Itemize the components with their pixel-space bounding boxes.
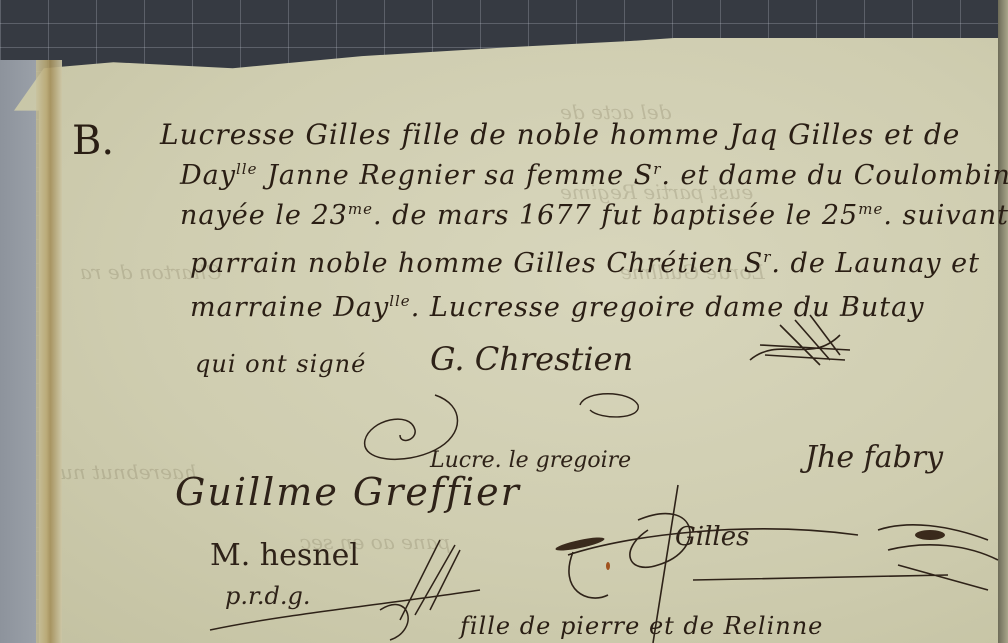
signature-flourish-icon: [740, 305, 860, 375]
line-text: . de mars 1677 fut baptisée le 25: [373, 200, 858, 231]
next-entry-fragment: fille de pierre et de Relinne: [460, 612, 823, 640]
line-text: Day: [180, 160, 236, 191]
record-line-4: parrain noble homme Gilles Chrétien Sr. …: [190, 248, 980, 279]
scanner-side-panel: [0, 60, 36, 643]
line-text: nayée le 23: [180, 200, 348, 231]
signature-chrestien: G. Chrestien: [430, 340, 633, 378]
line-text: Lucresse Gilles fille de noble homme Jaq…: [160, 118, 960, 151]
signature-gilles: Gilles: [675, 522, 749, 552]
record-line-3: nayée le 23me. de mars 1677 fut baptisée…: [180, 200, 1008, 231]
paraph-loop-icon: [570, 385, 650, 425]
line-text: . suivant: [883, 200, 1008, 231]
superscript: lle: [236, 160, 257, 178]
line-text: . de Launay et: [771, 248, 980, 279]
stain-spot: [606, 562, 610, 570]
record-line-6: qui ont signé: [195, 350, 366, 378]
page-stacked-edge: [36, 60, 62, 643]
signature-flourish-icon: [200, 520, 500, 643]
line-text: Janne Regnier sa femme S: [257, 160, 653, 191]
ink-blot: [915, 530, 945, 540]
signature-fabry: Jhe fabry: [805, 440, 943, 475]
superscript: me: [858, 200, 883, 218]
line-text: marraine Day: [190, 292, 389, 323]
signature-greffier: Guillme Greffier: [175, 470, 521, 514]
line-text: . et dame du Coulombin: [661, 160, 1008, 191]
entry-marker: B.: [72, 118, 114, 164]
record-line-2: Daylle Janne Regnier sa femme Sr. et dam…: [180, 160, 1008, 191]
superscript: me: [348, 200, 373, 218]
line-text: parrain noble homme Gilles Chrétien S: [190, 248, 763, 279]
line-text: qui ont signé: [195, 350, 366, 378]
record-line-1: Lucresse Gilles fille de noble homme Jaq…: [160, 118, 960, 151]
superscript: lle: [389, 292, 410, 310]
